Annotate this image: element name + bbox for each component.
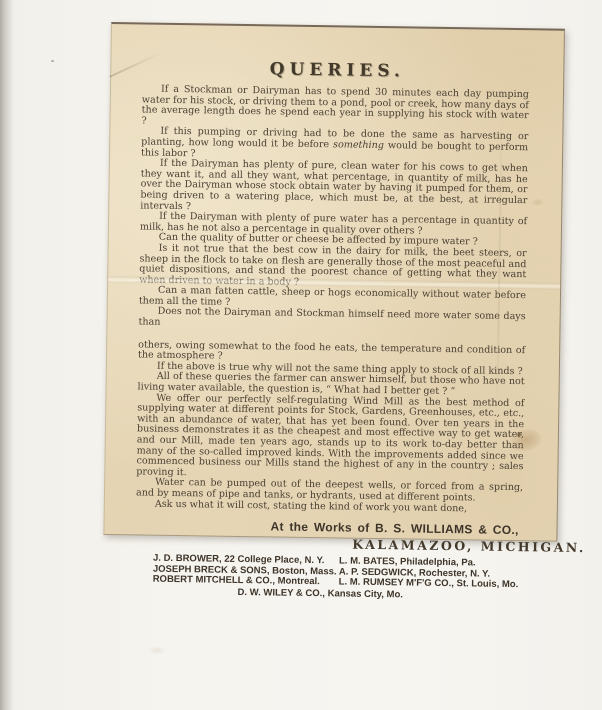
scanner-edge-shadow [0, 0, 14, 710]
paper-stain-dot [517, 433, 522, 436]
background-smudge [148, 646, 166, 655]
background-speck [51, 60, 54, 62]
paper-stain-small [531, 198, 544, 206]
scanned-document-sheet: QUERIES. If a Stockman or Dairyman has t… [103, 22, 565, 542]
paragraph: We offer our perfectly self-regulating W… [136, 393, 524, 483]
paragraph: If the Dairyman has plenty of pure, clea… [140, 159, 528, 218]
document-title: QUERIES. [111, 57, 563, 84]
body-text: If a Stockman or Dairyman has to spend 3… [136, 84, 529, 515]
company-works-line: At the Works of B. S. WILLIAMS & CO., [270, 520, 556, 538]
paragraph-segment-italic: something [333, 139, 384, 151]
company-city-line: KALAMAZOO, MICHIGAN. [352, 537, 556, 555]
agent-list: J. D. BROWER, 22 College Place, N. Y. L.… [153, 554, 556, 591]
paragraph: If a Stockman or Dairyman has to spend 3… [141, 84, 529, 132]
